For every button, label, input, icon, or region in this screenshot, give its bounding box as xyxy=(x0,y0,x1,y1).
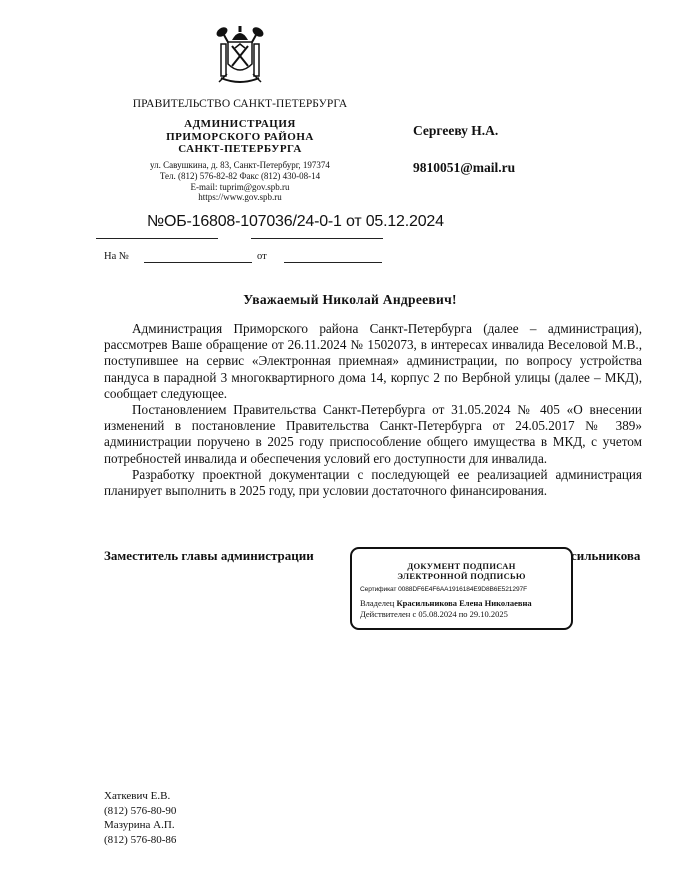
electronic-signature-stamp: ДОКУМЕНТ ПОДПИСАН ЭЛЕКТРОННОЙ ПОДПИСЬЮ С… xyxy=(350,547,573,630)
admin-line: АДМИНИСТРАЦИЯ xyxy=(130,118,350,131)
registration-number: №ОБ-16808-107036/24-0-1 от 05.12.2024 xyxy=(147,213,444,231)
admin-line: ПРИМОРСКОГО РАЙОНА xyxy=(130,131,350,144)
executor-phone: (812) 576-80-90 xyxy=(104,804,176,819)
stamp-certificate: Сертификат 0088DF6E4F6AA1916184E9D8B6E52… xyxy=(360,586,527,593)
paragraph: Постановлением Правительства Санкт-Петер… xyxy=(104,402,642,467)
paragraph: Разработку проектной документации с посл… xyxy=(104,467,642,499)
recipient-name: Сергееву Н.А. xyxy=(413,123,498,139)
address-line: ул. Савушкина, д. 83, Санкт-Петербург, 1… xyxy=(120,160,360,171)
reply-number-label: На № xyxy=(104,251,129,262)
government-name: ПРАВИТЕЛЬСТВО САНКТ-ПЕТЕРБУРГА xyxy=(108,98,372,110)
stamp-title: ДОКУМЕНТ ПОДПИСАН ЭЛЕКТРОННОЙ ПОДПИСЬЮ xyxy=(352,561,571,581)
executor-name: Хаткевич Е.В. xyxy=(104,789,176,804)
reply-date-label: от xyxy=(257,251,267,262)
stamp-title-line: ДОКУМЕНТ ПОДПИСАН xyxy=(352,561,571,571)
stamp-owner: Владелец Красильникова Елена Николаевна xyxy=(360,598,532,608)
paragraph: Администрация Приморского района Санкт-П… xyxy=(104,321,642,402)
greeting: Уважаемый Николай Андреевич! xyxy=(0,292,700,308)
executors-block: Хаткевич Е.В. (812) 576-80-90 Мазурина А… xyxy=(104,789,176,847)
phone-fax-line: Тел. (812) 576-82-82 Факс (812) 430-08-1… xyxy=(120,171,360,182)
reply-number-field xyxy=(144,262,252,263)
letter-body: Администрация Приморского района Санкт-П… xyxy=(104,321,642,499)
administration-name: АДМИНИСТРАЦИЯ ПРИМОРСКОГО РАЙОНА САНКТ-П… xyxy=(130,118,350,156)
divider-line xyxy=(251,238,383,239)
coat-of-arms-icon xyxy=(213,24,267,88)
email-line: E-mail: tuprim@gov.spb.ru xyxy=(120,182,360,193)
stamp-validity: Действителен с 05.08.2024 по 29.10.2025 xyxy=(360,609,508,619)
website-line: https://www.gov.spb.ru xyxy=(120,192,360,203)
divider-line xyxy=(96,238,218,239)
stamp-owner-name: Красильникова Елена Николаевна xyxy=(396,598,531,608)
reply-date-field xyxy=(284,262,382,263)
signer-name: сильникова xyxy=(571,548,640,564)
signer-position: Заместитель главы администрации xyxy=(104,548,314,564)
address-block: ул. Савушкина, д. 83, Санкт-Петербург, 1… xyxy=(120,160,360,203)
executor-phone: (812) 576-80-86 xyxy=(104,833,176,848)
recipient-email: 9810051@mail.ru xyxy=(413,160,515,176)
stamp-title-line: ЭЛЕКТРОННОЙ ПОДПИСЬЮ xyxy=(352,571,571,581)
stamp-owner-label: Владелец xyxy=(360,598,394,608)
executor-name: Мазурина А.П. xyxy=(104,818,176,833)
admin-line: САНКТ-ПЕТЕРБУРГА xyxy=(130,143,350,156)
